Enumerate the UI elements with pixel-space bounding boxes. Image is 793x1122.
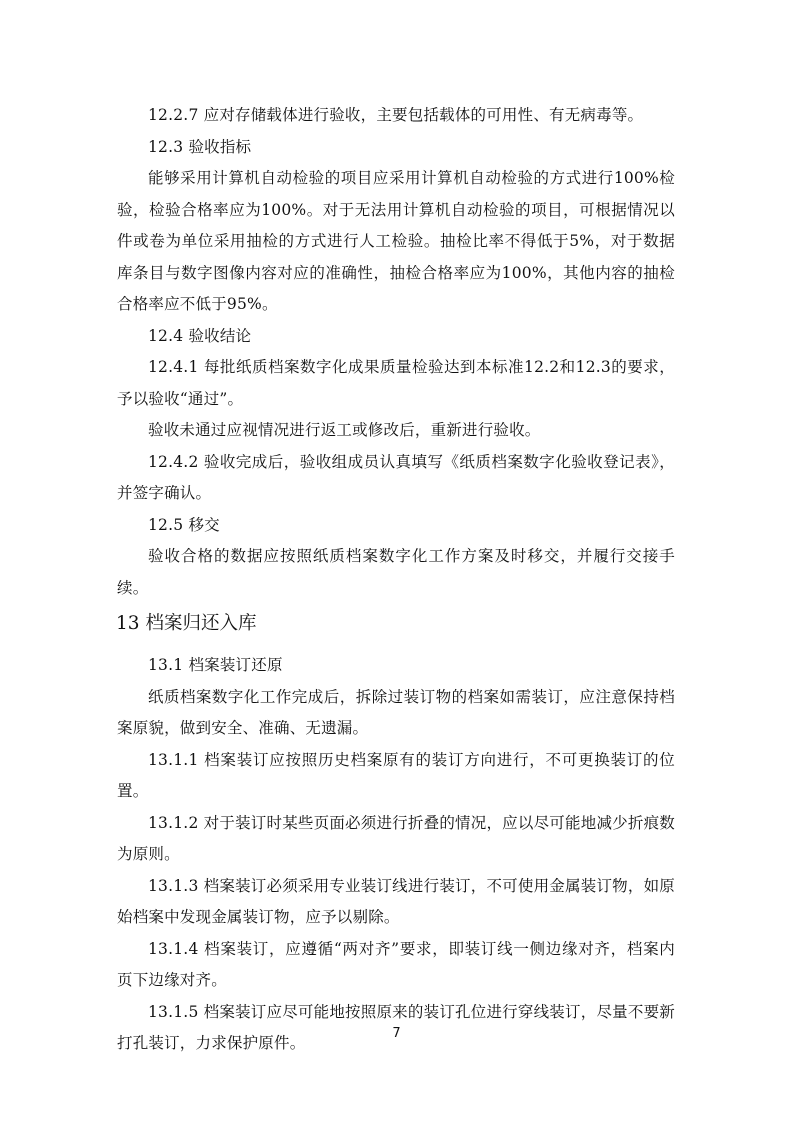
paragraph-rework: 验收未通过应视情况进行返工或修改后，重新进行验收。 bbox=[117, 415, 675, 447]
clause-12-4-2: 12.4.2 验收完成后，验收组成员认真填写《纸质档案数字化验收登记表》，并签字… bbox=[117, 447, 675, 510]
clause-12-4-1: 12.4.1 每批纸质档案数字化成果质量检验达到本标准12.2和12.3的要求，… bbox=[117, 352, 675, 415]
clause-13-1-2: 13.1.2 对于装订时某些页面必须进行折叠的情况，应以尽可能地减少折痕数为原则… bbox=[117, 808, 675, 871]
section-heading-13: 13档案归还入库 bbox=[116, 613, 675, 635]
clause-13-1-1: 13.1.1 档案装订应按照历史档案原有的装订方向进行，不可更换装订的位置。 bbox=[117, 745, 675, 808]
subheading-12-4: 12.4 验收结论 bbox=[117, 321, 675, 353]
document-page-body: 12.2.7 应对存储载体进行验收，主要包括载体的可用性、有无病毒等。 12.3… bbox=[117, 100, 675, 1060]
paragraph-binding-restore: 纸质档案数字化工作完成后，拆除过装订物的档案如需装订，应注意保持档案原貌，做到安… bbox=[117, 682, 675, 745]
clause-12-2-7: 12.2.7 应对存储载体进行验收，主要包括载体的可用性、有无病毒等。 bbox=[117, 100, 675, 132]
section-number: 13 bbox=[116, 613, 140, 634]
page-number: 7 bbox=[0, 1026, 793, 1041]
paragraph-acceptance-indicators: 能够采用计算机自动检验的项目应采用计算机自动检验的方式进行100%检验，检验合格… bbox=[117, 163, 675, 321]
subheading-13-1: 13.1 档案装订还原 bbox=[117, 650, 675, 682]
paragraph-handover: 验收合格的数据应按照纸质档案数字化工作方案及时移交，并履行交接手续。 bbox=[117, 541, 675, 604]
clause-13-1-4: 13.1.4 档案装订，应遵循“两对齐”要求，即装订线一侧边缘对齐，档案内页下边… bbox=[117, 934, 675, 997]
subheading-12-3: 12.3 验收指标 bbox=[117, 132, 675, 164]
section-title: 档案归还入库 bbox=[146, 613, 257, 634]
clause-13-1-3: 13.1.3 档案装订必须采用专业装订线进行装订，不可使用金属装订物，如原始档案… bbox=[117, 871, 675, 934]
subheading-12-5: 12.5 移交 bbox=[117, 510, 675, 542]
